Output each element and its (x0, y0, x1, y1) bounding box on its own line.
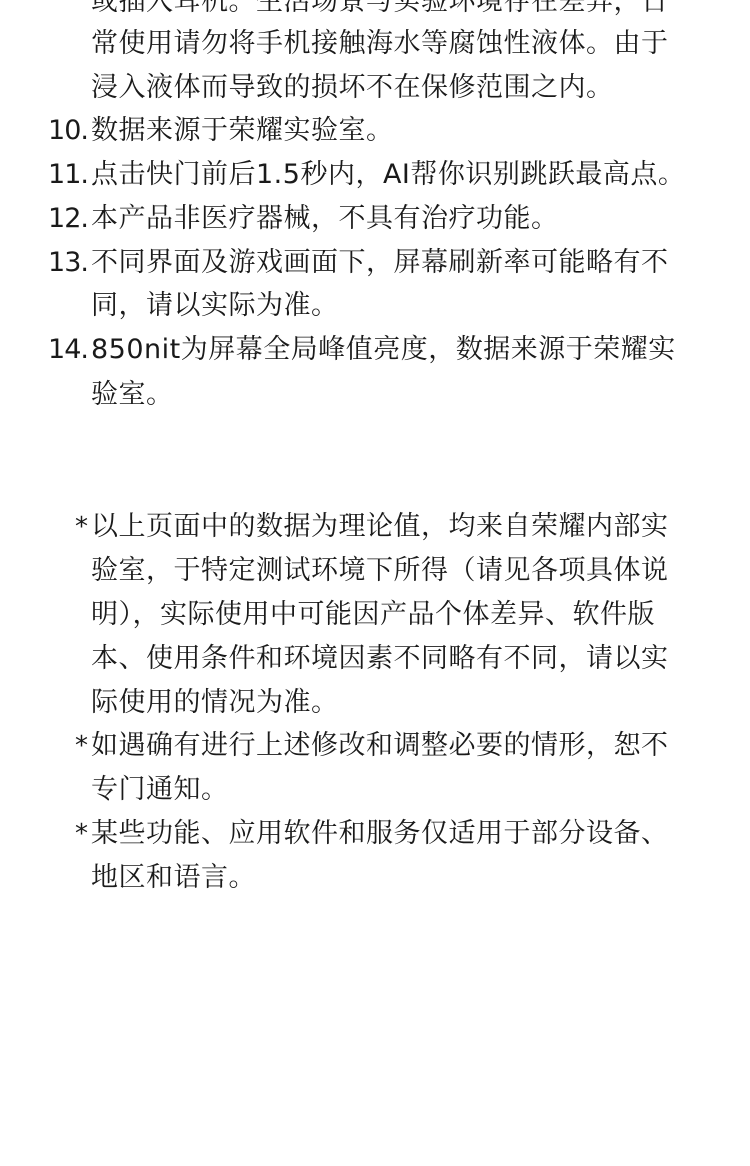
note-text: 850nit为屏幕全局峰值亮度，数据来源于荣耀实 (91, 328, 676, 372)
note-line: 或插入耳机。生活场景与实验环境存在差异，日 (0, 0, 750, 24)
item-number: 12. (48, 197, 88, 241)
note-line: 验室。 (0, 373, 750, 417)
asterisk-marker: * (75, 724, 88, 768)
note-text: 浸入液体而导致的损坏不在保修范围之内。 (91, 66, 614, 110)
note-text: 点击快门前后1.5秒内，AI帮你识别跳跃最高点。 (91, 153, 685, 197)
note-line: 浸入液体而导致的损坏不在保修范围之内。 (0, 66, 750, 110)
disclaimer-text: 验室，于特定测试环境下所得（请见各项具体说 (91, 549, 669, 593)
disclaimer-line: 际使用的情况为准。 (0, 681, 750, 725)
disclaimer-text: 明），实际使用中可能因产品个体差异、软件版 (91, 593, 655, 637)
disclaimer-text: 专门通知。 (91, 768, 229, 812)
note-text: 本产品非医疗器械，不具有治疗功能。 (91, 197, 559, 241)
disclaimer-item: * 某些功能、应用软件和服务仅适用于部分设备、 (0, 812, 750, 856)
note-line: 同，请以实际为准。 (0, 284, 750, 328)
note-text: 常使用请勿将手机接触海水等腐蚀性液体。由于 (91, 22, 669, 66)
disclaimer-text: 际使用的情况为准。 (91, 681, 339, 725)
note-text: 或插入耳机。生活场景与实验环境存在差异，日 (91, 0, 669, 24)
disclaimer-item: * 如遇确有进行上述修改和调整必要的情形，恕不 (0, 724, 750, 768)
disclaimer-text: 以上页面中的数据为理论值，均来自荣耀内部实 (91, 505, 669, 549)
disclaimer-item: * 以上页面中的数据为理论值，均来自荣耀内部实 (0, 505, 750, 549)
disclaimer-text: 本、使用条件和环境因素不同略有不同，请以实 (91, 637, 669, 681)
disclaimer-line: 明），实际使用中可能因产品个体差异、软件版 (0, 593, 750, 637)
disclaimer-text: 某些功能、应用软件和服务仅适用于部分设备、 (91, 812, 669, 856)
disclaimer-text: 如遇确有进行上述修改和调整必要的情形，恕不 (91, 724, 669, 768)
disclaimer-line: 验室，于特定测试环境下所得（请见各项具体说 (0, 549, 750, 593)
disclaimer-line: 本、使用条件和环境因素不同略有不同，请以实 (0, 637, 750, 681)
asterisk-marker: * (75, 812, 88, 856)
note-line: 常使用请勿将手机接触海水等腐蚀性液体。由于 (0, 22, 750, 66)
item-number: 13. (48, 241, 88, 285)
item-number: 11. (48, 153, 88, 197)
note-item-10: 10. 数据来源于荣耀实验室。 (0, 109, 750, 153)
note-text: 验室。 (91, 373, 174, 417)
item-number: 10. (48, 109, 88, 153)
disclaimer-line: 地区和语言。 (0, 856, 750, 900)
asterisk-marker: * (75, 505, 88, 549)
note-item-11: 11. 点击快门前后1.5秒内，AI帮你识别跳跃最高点。 (0, 153, 750, 197)
note-item-13: 13. 不同界面及游戏画面下，屏幕刷新率可能略有不 (0, 241, 750, 285)
note-item-14: 14. 850nit为屏幕全局峰值亮度，数据来源于荣耀实 (0, 328, 750, 372)
item-number: 14. (48, 328, 88, 372)
note-text: 同，请以实际为准。 (91, 284, 339, 328)
disclaimer-text: 地区和语言。 (91, 856, 256, 900)
note-text: 不同界面及游戏画面下，屏幕刷新率可能略有不 (91, 241, 669, 285)
disclaimer-line: 专门通知。 (0, 768, 750, 812)
note-item-12: 12. 本产品非医疗器械，不具有治疗功能。 (0, 197, 750, 241)
note-text: 数据来源于荣耀实验室。 (91, 109, 394, 153)
